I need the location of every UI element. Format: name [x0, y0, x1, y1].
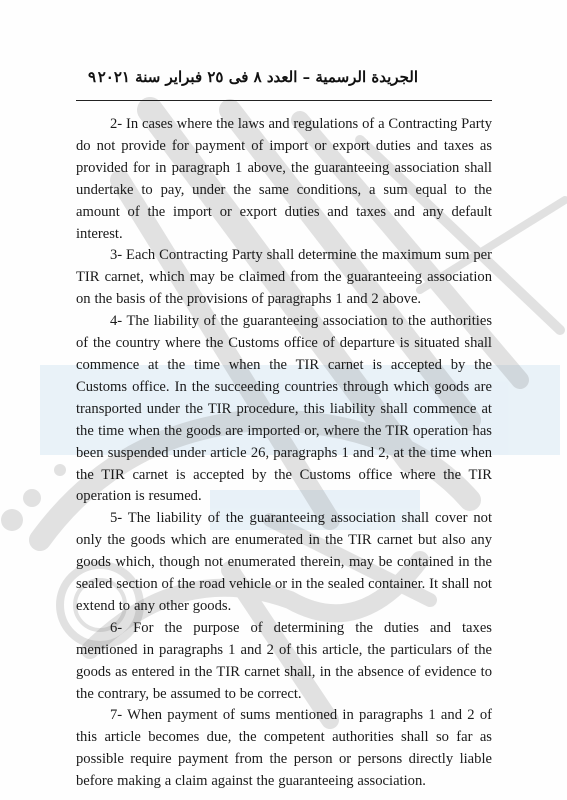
page-number: ٩ [88, 68, 96, 86]
document-page: ٩ الجريدة الرسمية – العدد ٨ فى ٢٥ فبراير… [76, 60, 492, 793]
paragraph-4: 4- The liability of the guaranteeing ass… [76, 311, 492, 508]
paragraph-6: 6- For the purpose of determining the du… [76, 618, 492, 706]
paragraph-2: 2- In cases where the laws and regulatio… [76, 114, 492, 245]
paragraph-7: 7- When payment of sums mentioned in par… [76, 705, 492, 793]
paragraph-5: 5- The liability of the guaranteeing ass… [76, 508, 492, 618]
gazette-header-title: الجريدة الرسمية – العدد ٨ فى ٢٥ فبراير س… [98, 68, 418, 86]
running-header: ٩ الجريدة الرسمية – العدد ٨ فى ٢٥ فبراير… [76, 60, 492, 101]
paragraph-3: 3- Each Contracting Party shall determin… [76, 245, 492, 311]
article-body: 2- In cases where the laws and regulatio… [76, 114, 492, 793]
